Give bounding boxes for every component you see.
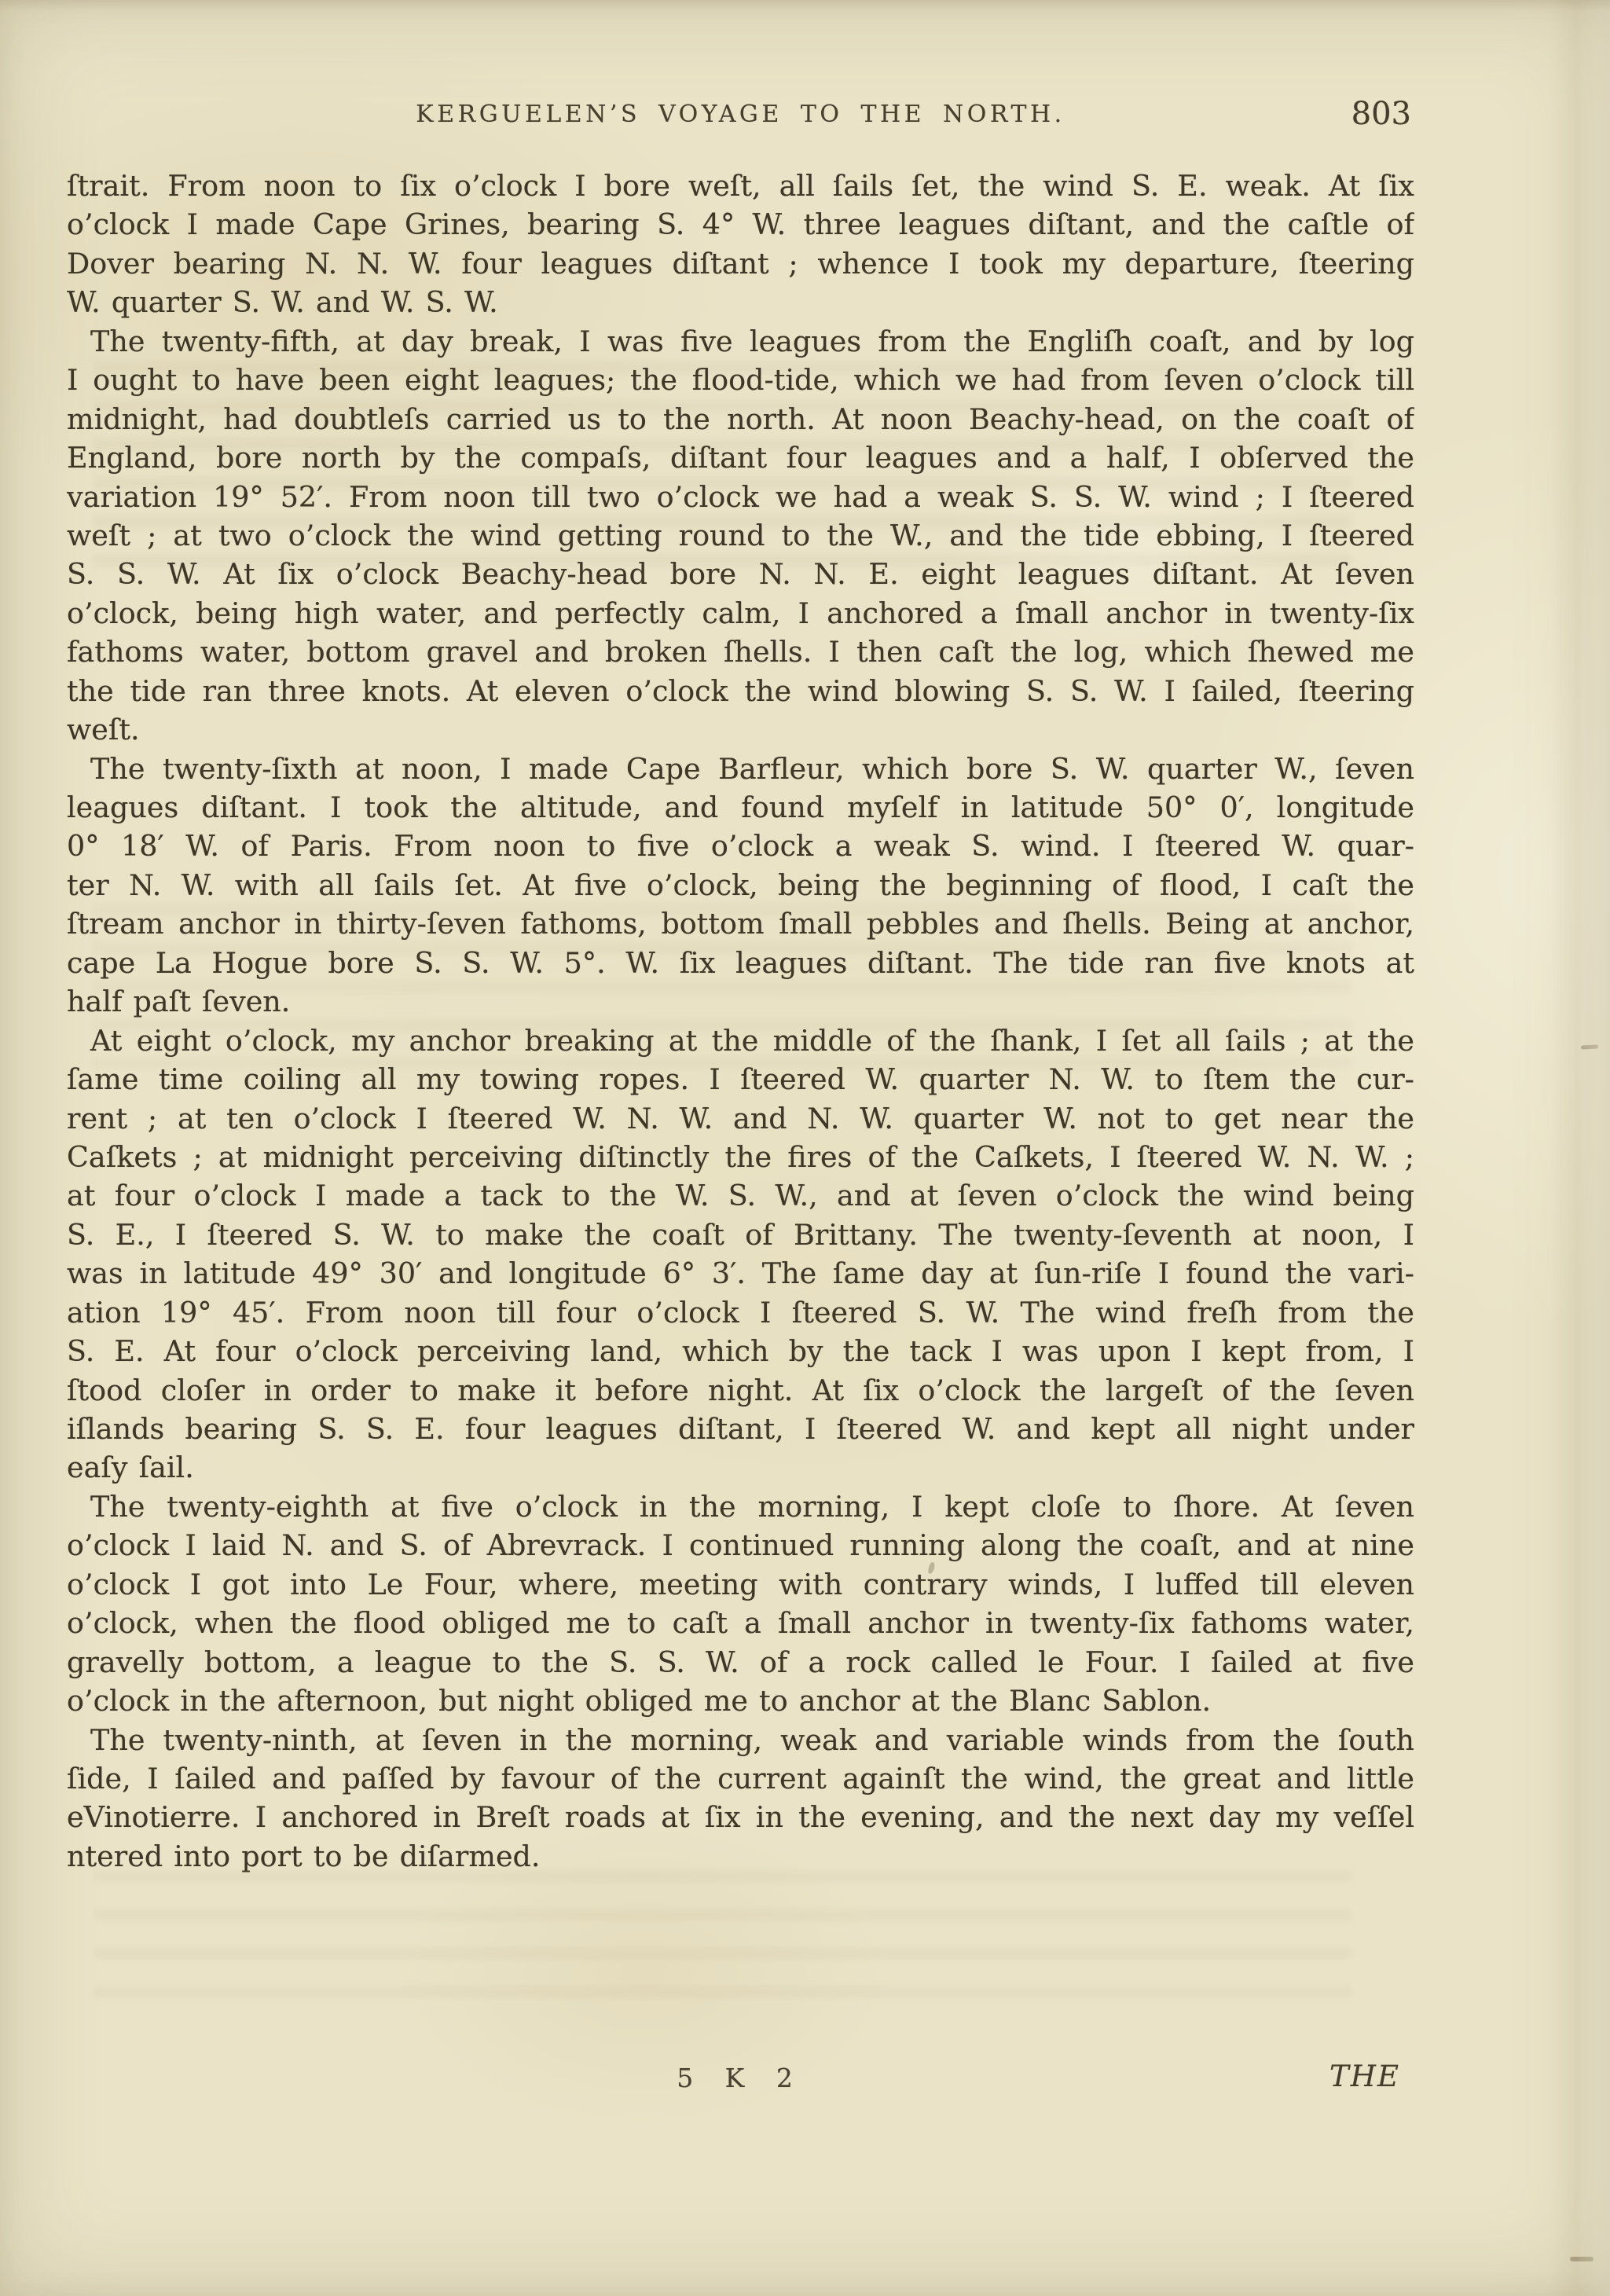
text-line: ſtrait. From noon to ſix o’clock I bore …: [67, 167, 1414, 205]
page-header: KERGUELEN’S VOYAGE TO THE NORTH. 803: [67, 101, 1414, 128]
paragraph: ſtrait. From noon to ſix o’clock I bore …: [67, 167, 1414, 322]
paragraph: The twenty-fifth, at day break, I was fi…: [67, 322, 1414, 750]
text-line: ſtream anchor in thirty-ſeven fathoms, b…: [67, 904, 1414, 943]
paragraph: The twenty-eighth at five o’clock in the…: [67, 1487, 1414, 1721]
text-line: 0° 18′ W. of Paris. From noon to five o’…: [67, 827, 1414, 865]
text-line: o’clock in the afternoon, but night obli…: [67, 1682, 1414, 1720]
text-line: ntered into port to be diſarmed.: [67, 1837, 1414, 1876]
text-line: at four o’clock I made a tack to the W. …: [67, 1176, 1414, 1215]
text-line: gravelly bottom, a league to the S. S. W…: [67, 1643, 1414, 1682]
stray-ink-mark: [1570, 2257, 1593, 2261]
text-line: I ought to have been eight leagues; the …: [67, 361, 1414, 399]
body-text: ſtrait. From noon to ſix o’clock I bore …: [67, 167, 1414, 1876]
page-number: 803: [1351, 96, 1411, 132]
page-footer: 5 K 2 THE: [67, 2063, 1414, 2110]
paragraph: The twenty-ninth, at ſeven in the mornin…: [67, 1721, 1414, 1876]
text-line: England, bore north by the compaſs, diſt…: [67, 438, 1414, 477]
text-line: midnight, had doubtleſs carried us to th…: [67, 400, 1414, 438]
text-line: o’clock, being high water, and perfectly…: [67, 594, 1414, 633]
text-line: cape La Hogue bore S. S. W. 5°. W. ſix l…: [67, 944, 1414, 982]
text-line: ter N. W. with all ſails ſet. At five o’…: [67, 866, 1414, 904]
text-line: iſlands bearing S. S. E. four leagues di…: [67, 1410, 1414, 1448]
text-line: o’clock I laid N. and S. of Abrevrack. I…: [67, 1526, 1414, 1564]
text-line: leagues diſtant. I took the altitude, an…: [67, 788, 1414, 827]
text-line: The twenty-ninth, at ſeven in the mornin…: [67, 1721, 1414, 1759]
text-line: The twenty-eighth at five o’clock in the…: [67, 1487, 1414, 1526]
bleed-through-artifact: [94, 1870, 1351, 2019]
paragraph: At eight o’clock, my anchor breaking at …: [67, 1021, 1414, 1487]
text-line: o’clock, when the flood obliged me to ca…: [67, 1604, 1414, 1642]
text-line: weſt.: [67, 710, 1414, 749]
text-line: half paſt ſeven.: [67, 982, 1414, 1021]
text-line: At eight o’clock, my anchor breaking at …: [67, 1021, 1414, 1060]
text-line: The twenty-ſixth at noon, I made Cape Ba…: [67, 750, 1414, 788]
text-line: ſtood cloſer in order to make it before …: [67, 1371, 1414, 1410]
text-line: was in latitude 49° 30′ and longitude 6°…: [67, 1254, 1414, 1293]
text-line: o’clock I got into Le Four, where, meeti…: [67, 1565, 1414, 1604]
text-line: the tide ran three knots. At eleven o’cl…: [67, 672, 1414, 710]
book-page-scan: KERGUELEN’S VOYAGE TO THE NORTH. 803 ſtr…: [0, 0, 1610, 2296]
text-line: o’clock I made Cape Grines, bearing S. 4…: [67, 205, 1414, 244]
text-line: eaſy ſail.: [67, 1448, 1414, 1487]
text-line: S. E. At four o’clock perceiving land, w…: [67, 1332, 1414, 1370]
text-line: ation 19° 45′. From noon till four o’clo…: [67, 1293, 1414, 1332]
page-edge-shadow: [1549, 0, 1610, 2296]
text-line: fathoms water, bottom gravel and broken …: [67, 633, 1414, 671]
running-title: KERGUELEN’S VOYAGE TO THE NORTH.: [67, 101, 1414, 128]
stray-ink-mark: [1581, 1044, 1598, 1049]
text-line: Dover bearing N. N. W. four leagues diſt…: [67, 244, 1414, 283]
text-line: ſame time coiling all my towing ropes. I…: [67, 1060, 1414, 1098]
text-line: weſt ; at two o’clock the wind getting r…: [67, 516, 1414, 555]
text-line: The twenty-fifth, at day break, I was fi…: [67, 322, 1414, 361]
text-line: W. quarter S. W. and W. S. W.: [67, 283, 1414, 321]
text-line: S. E., I ſteered S. W. to make the coaſt…: [67, 1216, 1414, 1254]
text-line: ſide, I ſailed and paſſed by favour of t…: [67, 1759, 1414, 1798]
paragraph: The twenty-ſixth at noon, I made Cape Ba…: [67, 750, 1414, 1021]
signature-mark: 5 K 2: [67, 2063, 1414, 2093]
text-line: eVinotierre. I anchored in Breſt roads a…: [67, 1798, 1414, 1836]
text-line: S. S. W. At ſix o’clock Beachy-head bore…: [67, 555, 1414, 593]
text-line: variation 19° 52′. From noon till two o’…: [67, 478, 1414, 516]
text-line: Caſkets ; at midnight perceiving diſtinc…: [67, 1138, 1414, 1176]
catchword: THE: [1329, 2059, 1400, 2093]
text-line: rent ; at ten o’clock I ſteered W. N. W.…: [67, 1099, 1414, 1138]
